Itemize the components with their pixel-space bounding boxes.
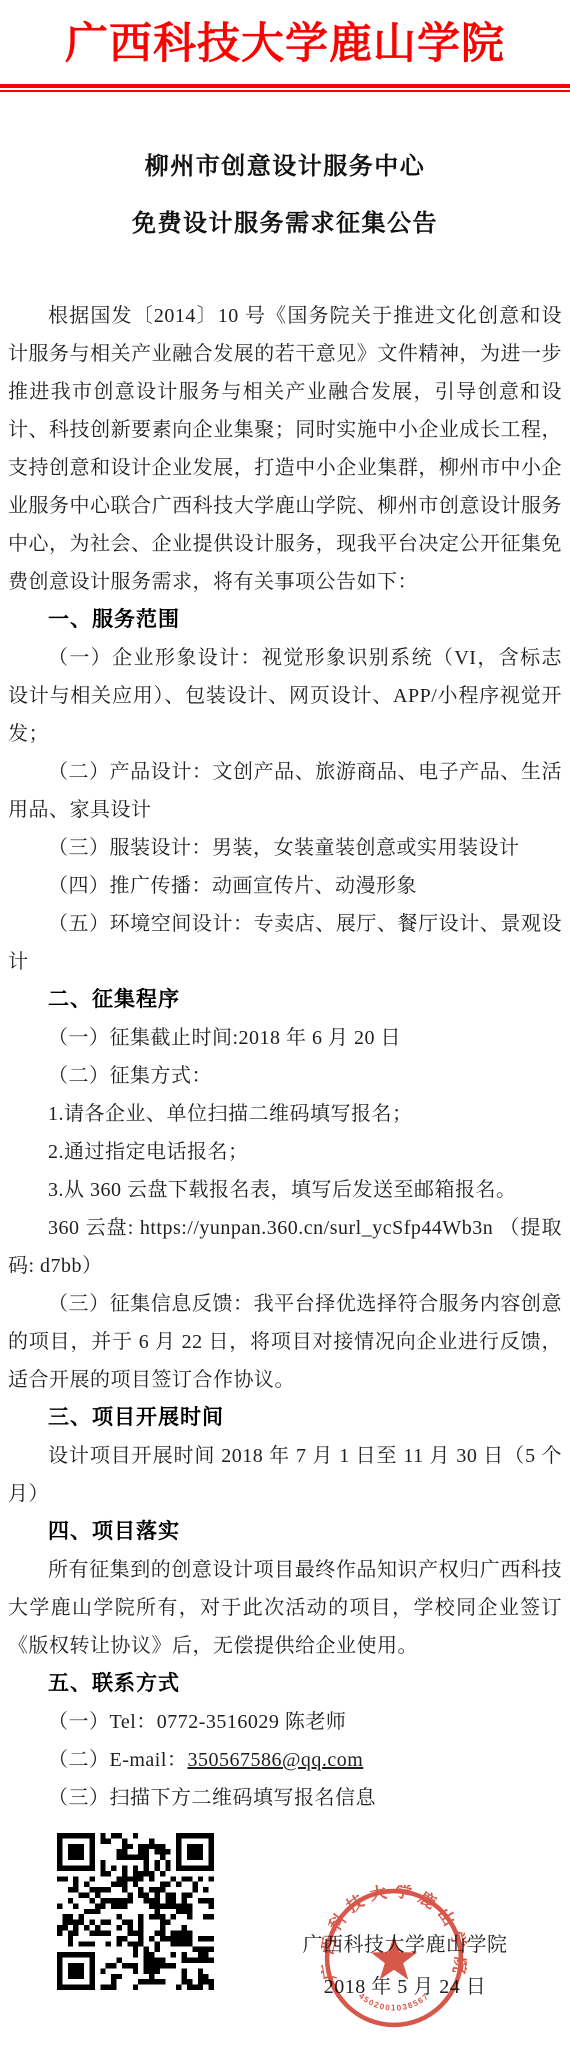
letterhead-school-name: 广西科技大学鹿山学院	[0, 0, 570, 71]
procedure-deadline: （一）征集截止时间:2018 年 6 月 20 日	[8, 1019, 562, 1057]
contact-email-row: （二）E-mail：350567586@qq.com	[8, 1741, 562, 1779]
signature-org: 广西科技大学鹿山学院	[295, 1924, 515, 1966]
service-scope-item-3: （三）服装设计：男装，女装童装创意或实用装设计	[8, 829, 562, 867]
doc-title-line1: 柳州市创意设计服务中心	[0, 152, 570, 182]
contact-email-label: （二）E-mail：	[48, 1749, 187, 1771]
cloud-drive-url-row: 360 云盘: https://yunpan.360.cn/surl_ycSfp…	[8, 1209, 562, 1285]
service-scope-item-2: （二）产品设计：文创产品、旅游商品、电子产品、生活用品、家具设计	[8, 753, 562, 829]
project-implementation-body: 所有征集到的创意设计项目最终作品知识产权归广西科技大学鹿山学院所有，对于此次活动…	[8, 1551, 562, 1665]
doc-title-line2: 免费设计服务需求征集公告	[0, 209, 570, 239]
document-body: 根据国发〔2014〕10 号《国务院关于推进文化创意和设计服务与相关产业融合发展…	[0, 297, 570, 1990]
contact-tel-row: （一）Tel：0772-3516029 陈老师	[8, 1703, 562, 1741]
procedure-method-2: 2.通过指定电话报名；	[8, 1133, 562, 1171]
qr-code	[57, 1833, 214, 1990]
section-heading-collection-procedure: 二、征集程序	[8, 981, 562, 1019]
service-scope-item-4: （四）推广传播：动画宣传片、动漫形象	[8, 867, 562, 905]
section-heading-project-schedule: 三、项目开展时间	[8, 1399, 562, 1437]
procedure-method-label: （二）征集方式：	[8, 1057, 562, 1095]
contact-email-link[interactable]: 350567586@qq.com	[187, 1749, 363, 1771]
service-scope-item-5: （五）环境空间设计：专卖店、展厅、餐厅设计、景观设计	[8, 905, 562, 981]
intro-paragraph: 根据国发〔2014〕10 号《国务院关于推进文化创意和设计服务与相关产业融合发展…	[8, 297, 562, 601]
signature-block: 广西科技大学鹿山学院 2018 年 5 月 24 日	[295, 1924, 515, 2008]
section-heading-service-scope: 一、服务范围	[8, 601, 562, 639]
procedure-method-3: 3.从 360 云盘下载报名表，填写后发送至邮箱报名。	[8, 1171, 562, 1209]
letterhead-double-rule	[0, 84, 570, 92]
section-heading-contact: 五、联系方式	[8, 1665, 562, 1703]
project-schedule-body: 设计项目开展时间 2018 年 7 月 1 日至 11 月 30 日（5 个月）	[8, 1437, 562, 1513]
letterhead: 广西科技大学鹿山学院	[0, 0, 570, 92]
service-scope-item-1: （一）企业形象设计：视觉形象识别系统（VI，含标志设计与相关应用）、包装设计、网…	[8, 639, 562, 753]
announcement-document: 广西科技大学鹿山学院 柳州市创意设计服务中心 免费设计服务需求征集公告 根据国发…	[0, 0, 570, 2070]
signature-date: 2018 年 5 月 24 日	[295, 1966, 515, 2008]
section-heading-project-implementation: 四、项目落实	[8, 1513, 562, 1551]
procedure-feedback: （三）征集信息反馈：我平台择优选择符合服务内容创意的项目，并于 6 月 22 日…	[8, 1285, 562, 1399]
procedure-method-1: 1.请各企业、单位扫描二维码填写报名；	[8, 1095, 562, 1133]
contact-qr-hint: （三）扫描下方二维码填写报名信息	[8, 1779, 562, 1817]
